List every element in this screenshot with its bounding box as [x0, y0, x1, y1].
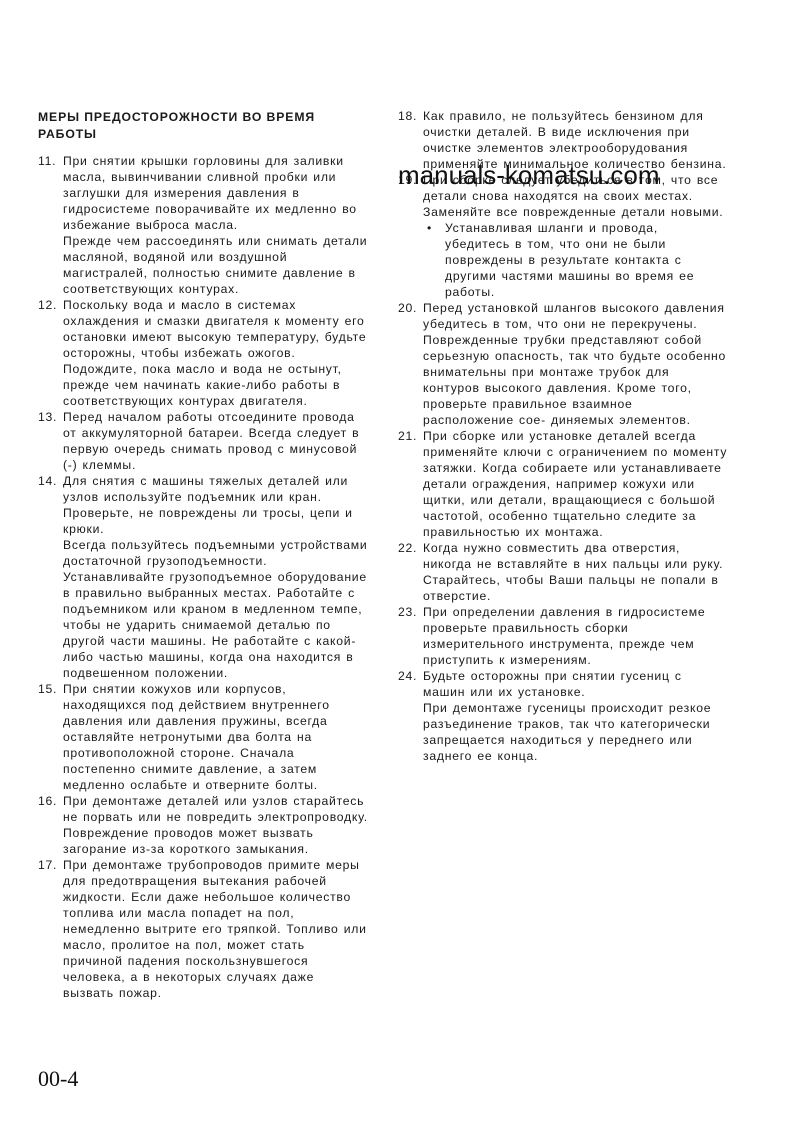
item-paragraph: Будьте осторожны при снятии гусениц с ма…: [423, 668, 728, 700]
bullet-text: Устанавливая шланги и провода, убедитесь…: [445, 221, 694, 299]
item-paragraph: При снятии крышки горловины для заливки …: [63, 153, 368, 233]
item-paragraph: При сборке или установке деталей всегда …: [423, 428, 728, 540]
left-item-list: 11.При снятии крышки горловины для залив…: [38, 153, 368, 1001]
bullet-point: •Устанавливая шланги и провода, убедитес…: [423, 220, 728, 300]
item-paragraph: Поскольку вода и масло в системах охлажд…: [63, 297, 368, 409]
list-item: 24.Будьте осторожны при снятии гусениц с…: [398, 668, 728, 764]
item-paragraph: Устанавливайте грузоподъемное оборудован…: [63, 569, 368, 681]
item-number: 17.: [38, 857, 57, 873]
right-item-list: 18.Как правило, не пользуйтесь бензином …: [398, 108, 728, 764]
list-item: 22.Когда нужно совместить два отверстия,…: [398, 540, 728, 604]
item-number: 22.: [398, 540, 417, 556]
list-item: 16.При демонтаже деталей или узлов стара…: [38, 793, 368, 857]
section-title: МЕРЫ ПРЕДОСТОРОЖНОСТИ ВО ВРЕМЯ РАБОТЫ: [38, 109, 358, 143]
list-item: 23.При определении давления в гидросисте…: [398, 604, 728, 668]
item-number: 13.: [38, 409, 57, 425]
list-item: 11.При снятии крышки горловины для залив…: [38, 153, 368, 297]
item-number: 24.: [398, 668, 417, 684]
page-number: 00-4: [38, 1066, 78, 1092]
list-item: 13.Перед началом работы отсоедините пров…: [38, 409, 368, 473]
list-item: 17.При демонтаже трубопроводов примите м…: [38, 857, 368, 1001]
item-number: 16.: [38, 793, 57, 809]
list-item: 20.Перед установкой шлангов высокого дав…: [398, 300, 728, 428]
item-paragraph: При демонтаже гусеницы происходит резкое…: [423, 700, 728, 764]
item-number: 14.: [38, 473, 57, 489]
bullet-icon: •: [427, 220, 432, 236]
item-paragraph: Прежде чем рассоединять или снимать дета…: [63, 233, 368, 297]
item-number: 12.: [38, 297, 57, 313]
item-paragraph: При снятии кожухов или корпусов, находящ…: [63, 681, 368, 793]
item-paragraph: Всегда пользуйтесь подъемными устройства…: [63, 537, 368, 569]
item-number: 15.: [38, 681, 57, 697]
item-paragraph: При демонтаже деталей или узлов старайте…: [63, 793, 368, 857]
item-paragraph: Перед установкой шлангов высокого давлен…: [423, 300, 728, 428]
item-paragraph: При определении давления в гидросистеме …: [423, 604, 728, 668]
item-number: 18.: [398, 108, 417, 124]
item-paragraph: Перед началом работы отсоедините провода…: [63, 409, 368, 473]
list-item: 19.При сборке следует убедиться в том, ч…: [398, 172, 728, 300]
watermark: manuals-komatsu.com: [398, 160, 660, 190]
list-item: 15.При снятии кожухов или корпусов, нахо…: [38, 681, 368, 793]
list-item: 12.Поскольку вода и масло в системах охл…: [38, 297, 368, 409]
item-number: 20.: [398, 300, 417, 316]
item-paragraph: Когда нужно совместить два отверстия, ни…: [423, 540, 728, 604]
list-item: 21.При сборке или установке деталей всег…: [398, 428, 728, 540]
item-number: 23.: [398, 604, 417, 620]
item-number: 11.: [38, 153, 56, 169]
item-paragraph: Для снятия с машины тяжелых деталей или …: [63, 473, 368, 537]
item-number: 21.: [398, 428, 417, 444]
item-paragraph: При демонтаже трубопроводов примите меры…: [63, 857, 368, 1001]
list-item: 14.Для снятия с машины тяжелых деталей и…: [38, 473, 368, 681]
